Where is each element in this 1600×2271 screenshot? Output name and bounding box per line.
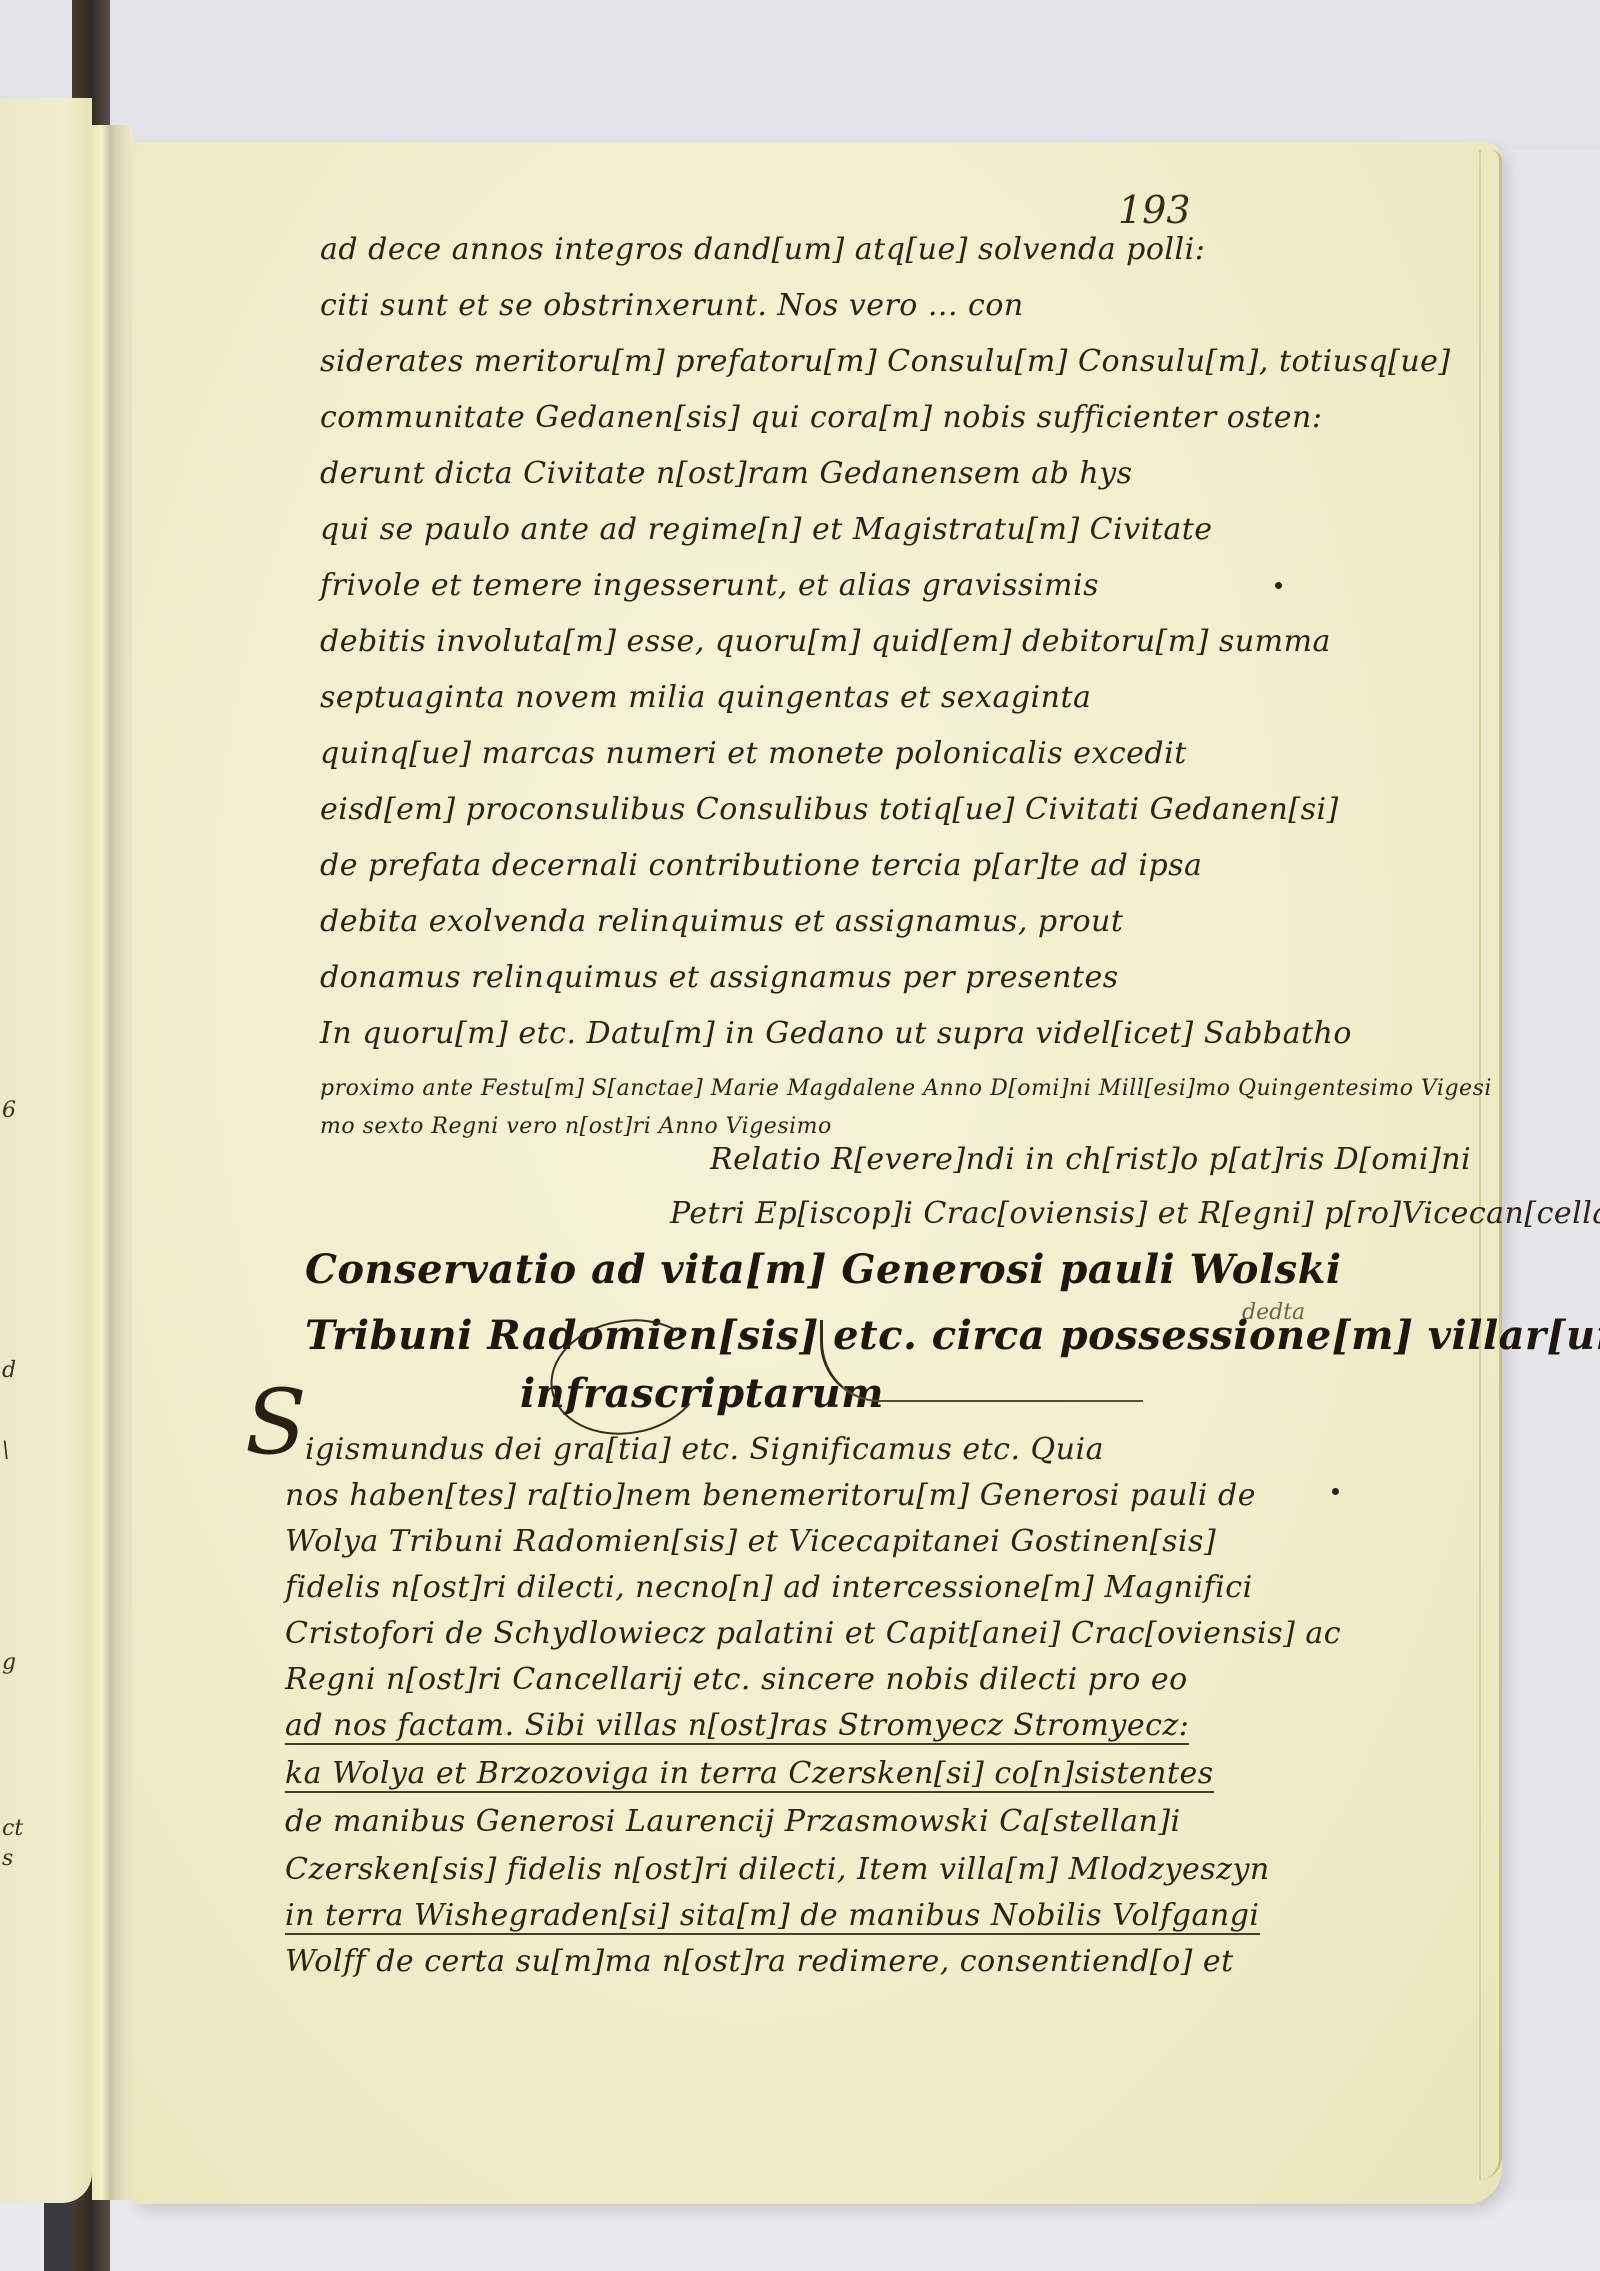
text-line: communitate Gedanen[sis] qui cora[m] nob… [320, 400, 1322, 435]
folio-number: 193 [1118, 188, 1191, 232]
text-line: igismundus dei gra[tia] etc. Significamu… [305, 1432, 1104, 1467]
text-line: Wolya Tribuni Radomien[sis] et Vicecapit… [285, 1524, 1216, 1559]
text-line: frivole et temere ingesserunt, et alias … [320, 568, 1099, 603]
left-margin-fragment: ct [2, 1816, 23, 1841]
text-line: in terra Wishegraden[si] sita[m] de mani… [285, 1898, 1260, 1935]
ink-dot [1332, 1488, 1339, 1495]
text-line: derunt dicta Civitate n[ost]ram Gedanens… [320, 456, 1133, 491]
left-margin-fragment: 6 [2, 1098, 16, 1123]
page-edge [1479, 150, 1502, 2180]
text-line: siderates meritoru[m] prefatoru[m] Consu… [320, 344, 1451, 379]
text-line: Cristofori de Schydlowiecz palatini et C… [285, 1616, 1341, 1651]
relatio-line: Relatio R[evere]ndi in ch[rist]o p[at]ri… [710, 1142, 1471, 1177]
decorative-flourish-tail [820, 1320, 1143, 1402]
book-gutter [92, 125, 132, 2200]
text-line: Czersken[sis] fidelis n[ost]ri dilecti, … [285, 1852, 1270, 1887]
text-line: nos haben[tes] ra[tio]nem benemeritoru[m… [285, 1478, 1256, 1513]
text-line: fidelis n[ost]ri dilecti, necno[n] ad in… [285, 1570, 1253, 1605]
heading-line: Conservatio ad vita[m] Generosi pauli Wo… [305, 1246, 1342, 1293]
text-line: ka Wolya et Brzozoviga in terra Czersken… [285, 1756, 1214, 1793]
text-line: ad nos factam. Sibi villas n[ost]ras Str… [285, 1708, 1189, 1745]
left-margin-fragment: \ [2, 1438, 9, 1463]
text-line: citi sunt et se obstrinxerunt. Nos vero … [320, 288, 1024, 323]
left-margin-fragment: d [2, 1358, 16, 1383]
left-margin-fragment: g [2, 1650, 16, 1675]
left-page-edge: 6 d \ g ct s [0, 98, 92, 2203]
left-margin-fragment: s [2, 1846, 13, 1871]
text-line: mo sexto Regni vero n[ost]ri Anno Vigesi… [320, 1114, 832, 1139]
relatio-line: Petri Ep[iscop]i Crac[oviensis] et R[egn… [670, 1196, 1600, 1231]
text-line: de prefata decernali contributione terci… [320, 848, 1202, 883]
text-line: ad dece annos integros dand[um] atq[ue] … [320, 232, 1205, 267]
background-top [0, 0, 1600, 150]
text-line: debitis involuta[m] esse, quoru[m] quid[… [320, 624, 1331, 659]
text-line: Regni n[ost]ri Cancellarij etc. sincere … [285, 1662, 1188, 1697]
text-line: quinq[ue] marcas numeri et monete poloni… [320, 736, 1187, 771]
text-line: qui se paulo ante ad regime[n] et Magist… [320, 512, 1213, 547]
text-line: proximo ante Festu[m] S[anctae] Marie Ma… [320, 1076, 1492, 1101]
text-line: donamus relinquimus et assignamus per pr… [320, 960, 1119, 995]
background-bottom [0, 2200, 1600, 2271]
text-line: eisd[em] proconsulibus Consulibus totiq[… [320, 792, 1339, 827]
text-line: In quoru[m] etc. Datu[m] in Gedano ut su… [320, 1016, 1352, 1051]
text-line: debita exolvenda relinquimus et assignam… [320, 904, 1123, 939]
right-margin-note: dedta [1242, 1300, 1305, 1325]
ink-dot [1275, 582, 1282, 589]
decorated-initial: S [245, 1370, 307, 1475]
text-line: Wolff de certa su[m]ma n[ost]ra redimere… [285, 1944, 1234, 1979]
text-line: septuaginta novem milia quingentas et se… [320, 680, 1091, 715]
text-line: de manibus Generosi Laurencij Przasmowsk… [285, 1804, 1181, 1839]
